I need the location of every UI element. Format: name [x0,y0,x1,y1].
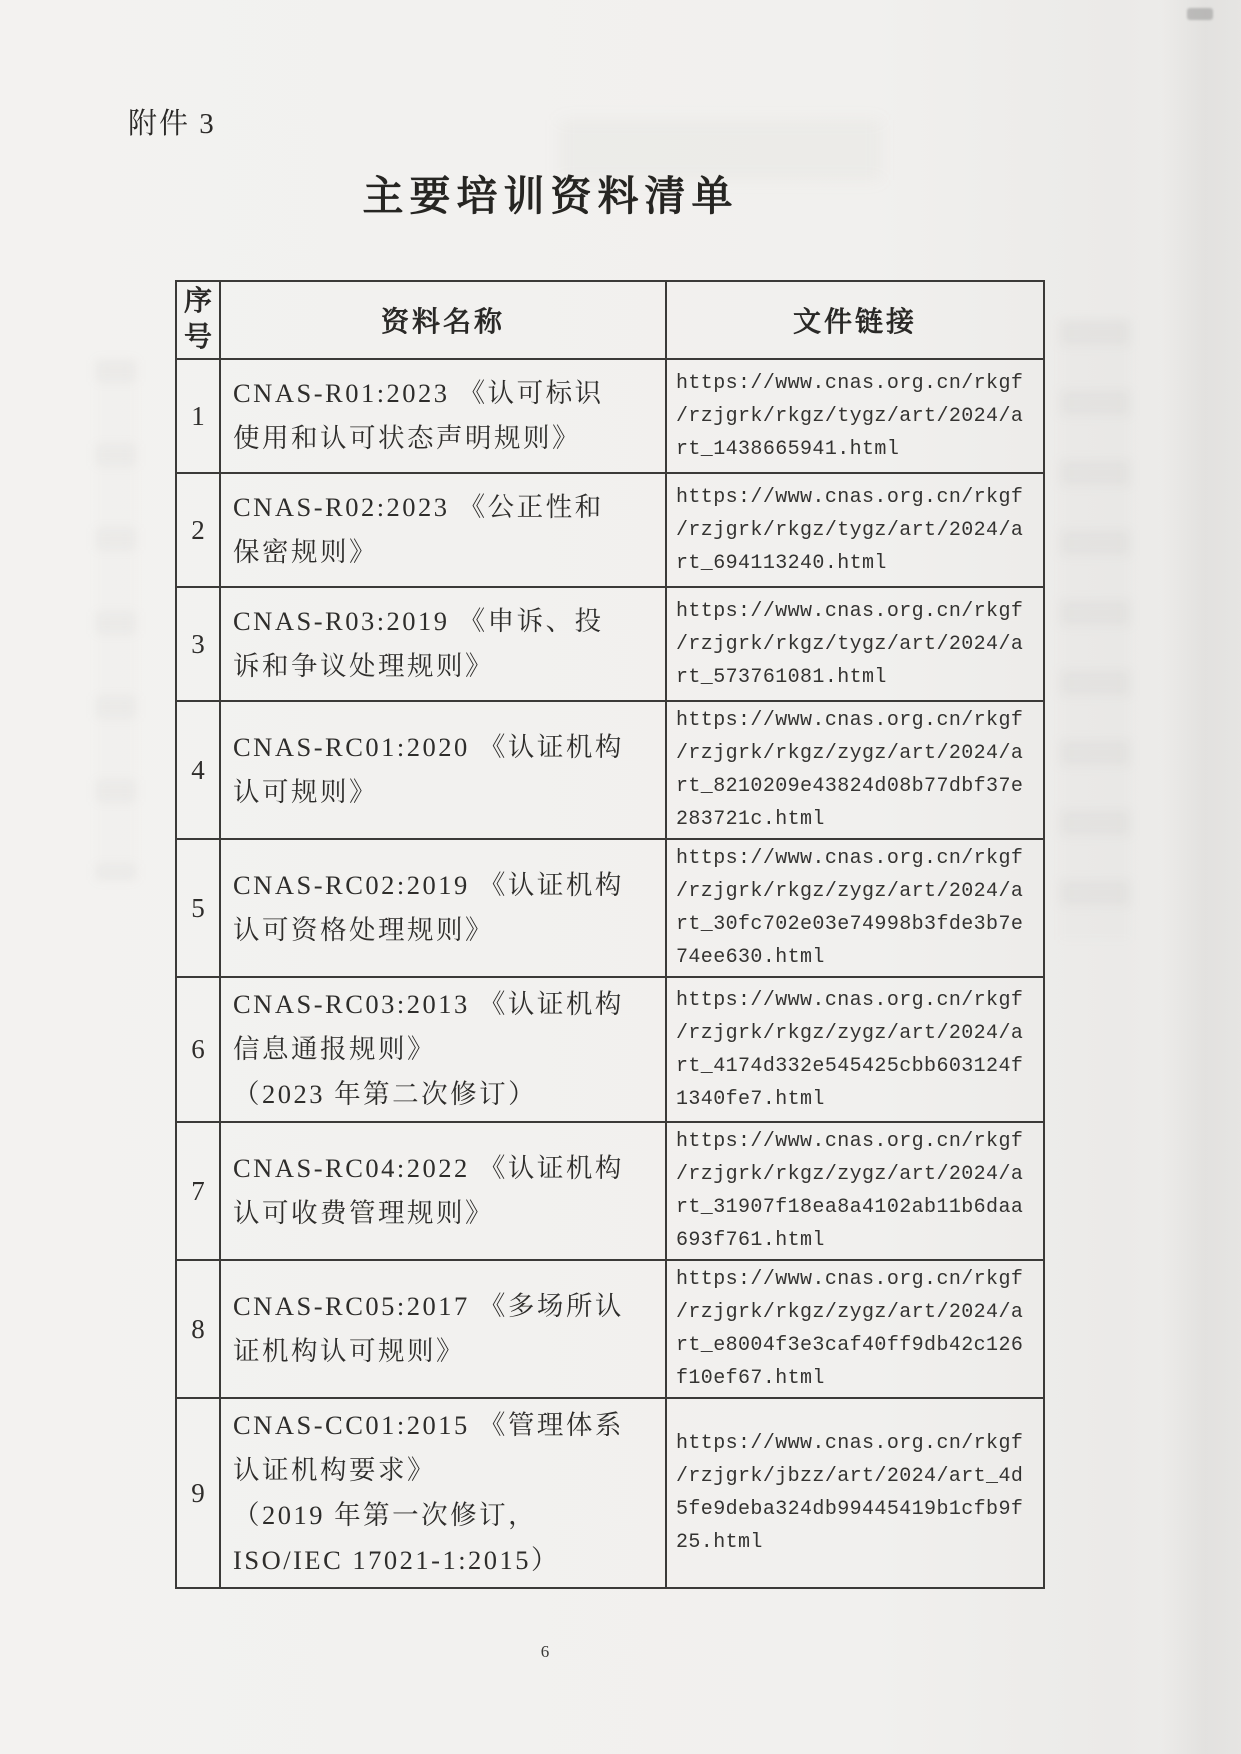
column-header-index: 序 号 [176,281,220,359]
material-name: CNAS-RC01:2020 《认证机构 认可规则》 [220,701,666,839]
row-index: 2 [176,473,220,587]
page-number: 6 [0,1642,1090,1662]
file-link: https://www.cnas.org.cn/rkgf /rzjgrk/jbz… [666,1398,1044,1588]
bleed-through-artifact [1060,320,1130,940]
page-title: 主要培训资料清单 [0,163,1101,222]
file-link: https://www.cnas.org.cn/rkgf /rzjgrk/rkg… [666,473,1044,587]
table-row: 1 CNAS-R01:2023 《认可标识 使用和认可状态声明规则》 https… [176,359,1044,473]
table-row: 3 CNAS-R03:2019 《申诉、投 诉和争议处理规则》 https://… [176,587,1044,701]
bleed-through-artifact [96,360,136,880]
file-link: https://www.cnas.org.cn/rkgf /rzjgrk/rkg… [666,839,1044,977]
row-index: 6 [176,977,220,1122]
table-row: 8 CNAS-RC05:2017 《多场所认 证机构认可规则》 https://… [176,1260,1044,1398]
material-name: CNAS-R02:2023 《公正性和 保密规则》 [220,473,666,587]
file-link: https://www.cnas.org.cn/rkgf /rzjgrk/rkg… [666,977,1044,1122]
file-link: https://www.cnas.org.cn/rkgf /rzjgrk/rkg… [666,359,1044,473]
scan-artifact [1187,8,1213,20]
training-materials-table: 序 号 资料名称 文件链接 1 CNAS-R01:2023 《认可标识 使用和认… [175,280,1045,1589]
row-index: 4 [176,701,220,839]
material-name: CNAS-RC04:2022 《认证机构 认可收费管理规则》 [220,1122,666,1260]
row-index: 9 [176,1398,220,1588]
row-index: 1 [176,359,220,473]
row-index: 8 [176,1260,220,1398]
table-row: 4 CNAS-RC01:2020 《认证机构 认可规则》 https://www… [176,701,1044,839]
attachment-label: 附件 3 [128,101,216,142]
row-index: 3 [176,587,220,701]
table-row: 2 CNAS-R02:2023 《公正性和 保密规则》 https://www.… [176,473,1044,587]
material-name: CNAS-RC05:2017 《多场所认 证机构认可规则》 [220,1260,666,1398]
scanned-document-page: 附件 3 主要培训资料清单 序 号 资料名称 文件链接 1 CNAS-R01:2… [0,0,1241,1754]
material-name: CNAS-RC02:2019 《认证机构 认可资格处理规则》 [220,839,666,977]
table-row: 5 CNAS-RC02:2019 《认证机构 认可资格处理规则》 https:/… [176,839,1044,977]
file-link: https://www.cnas.org.cn/rkgf /rzjgrk/rkg… [666,587,1044,701]
material-name: CNAS-R03:2019 《申诉、投 诉和争议处理规则》 [220,587,666,701]
table-row: 9 CNAS-CC01:2015 《管理体系 认证机构要求》 （2019 年第一… [176,1398,1044,1588]
material-name: CNAS-RC03:2013 《认证机构 信息通报规则》 （2023 年第二次修… [220,977,666,1122]
table-header-row: 序 号 资料名称 文件链接 [176,281,1044,359]
row-index: 7 [176,1122,220,1260]
file-link: https://www.cnas.org.cn/rkgf /rzjgrk/rkg… [666,1122,1044,1260]
material-name: CNAS-CC01:2015 《管理体系 认证机构要求》 （2019 年第一次修… [220,1398,666,1588]
file-link: https://www.cnas.org.cn/rkgf /rzjgrk/rkg… [666,1260,1044,1398]
material-name: CNAS-R01:2023 《认可标识 使用和认可状态声明规则》 [220,359,666,473]
table-row: 6 CNAS-RC03:2013 《认证机构 信息通报规则》 （2023 年第二… [176,977,1044,1122]
column-header-name: 资料名称 [220,281,666,359]
scan-edge-shadow [1161,0,1241,1754]
table-row: 7 CNAS-RC04:2022 《认证机构 认可收费管理规则》 https:/… [176,1122,1044,1260]
column-header-link: 文件链接 [666,281,1044,359]
row-index: 5 [176,839,220,977]
file-link: https://www.cnas.org.cn/rkgf /rzjgrk/rkg… [666,701,1044,839]
